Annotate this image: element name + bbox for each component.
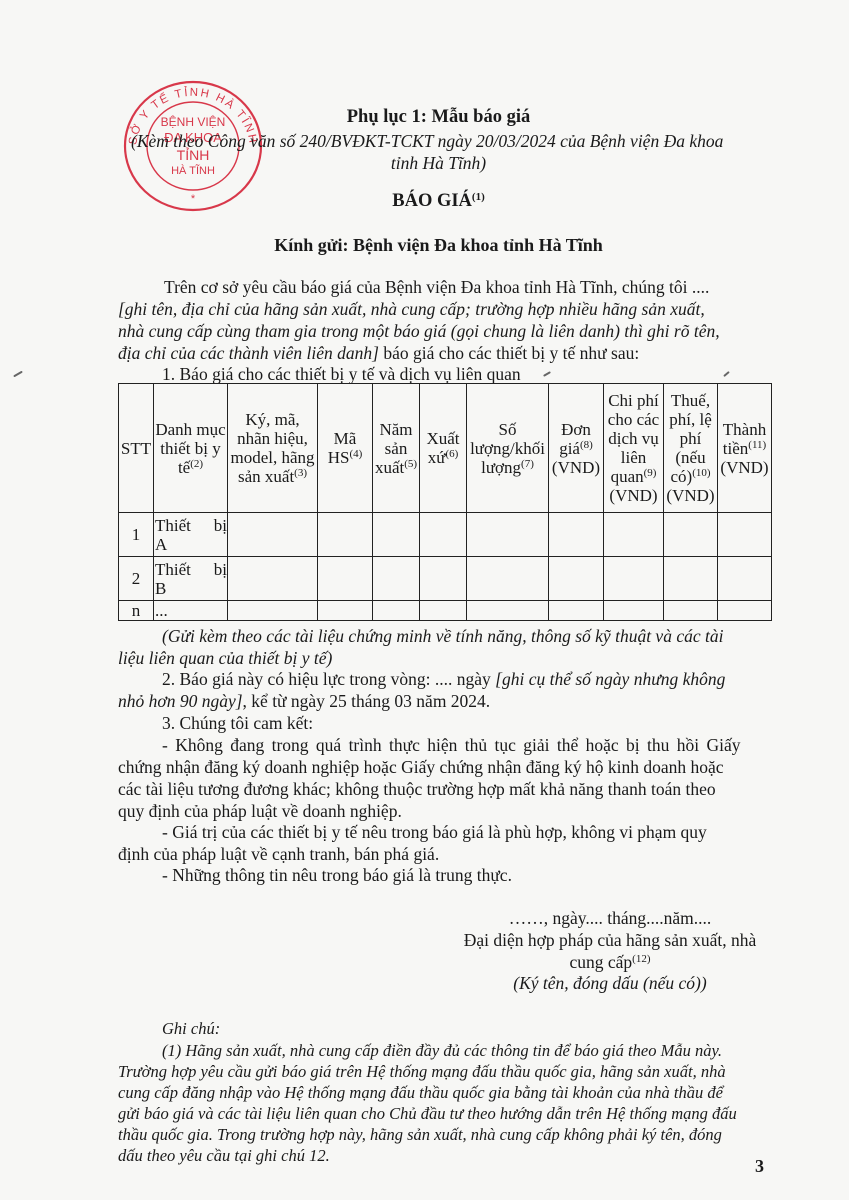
table-row: n ... — [119, 601, 772, 621]
scan-speck — [543, 371, 551, 377]
section-1-title: 1. Báo giá cho các thiết bị y tế và dịch… — [162, 363, 521, 385]
page-number: 3 — [755, 1155, 764, 1177]
intro-line-4-normal: báo giá cho các thiết bị y tế như sau: — [379, 343, 639, 363]
commitment-1-line-3: các tài liệu tương đương khác; không thu… — [118, 778, 716, 800]
signature-representative-line-1: Đại diện hợp pháp của hãng sản xuất, nhà — [430, 929, 790, 951]
intro-line-4: địa chỉ của các thành viên liên danh] bá… — [118, 342, 639, 364]
note-1-line-1: (1) Hãng sản xuất, nhà cung cấp điền đầy… — [162, 1040, 722, 1062]
intro-line-2: [ghi tên, địa chỉ của hãng sản xuất, nhà… — [118, 298, 705, 320]
intro-line-4-italic: địa chỉ của các thành viên liên danh] — [118, 343, 379, 363]
table-footnote-line-1: (Gửi kèm theo các tài liệu chứng minh về… — [162, 625, 723, 647]
scan-speck — [13, 371, 23, 378]
recipient-line: Kính gửi: Bệnh viện Đa khoa tỉnh Hà Tĩnh — [0, 234, 849, 256]
header-stt: STT — [119, 384, 154, 513]
cell-stt: n — [119, 601, 154, 621]
footnote-ref: (1) — [472, 191, 485, 203]
signature-date-line: ……, ngày.... tháng....năm.... — [430, 907, 790, 929]
note-1-line-2: Trường hợp yêu cầu gửi báo giá trên Hệ t… — [118, 1061, 726, 1083]
cell-stt: 1 — [119, 513, 154, 557]
commitment-2-line-1: - Giá trị của các thiết bị y tế nêu tron… — [162, 821, 707, 843]
table-row: 1 ThiếtbịA — [119, 513, 772, 557]
quote-table: STT Danh mục thiết bị y tế(2) Ký, mã, nh… — [118, 383, 772, 621]
cell-item: ThiếtbịB — [154, 557, 228, 601]
table-footnote-line-2: liệu liên quan của thiết bị y tế) — [118, 647, 332, 669]
header-tax: Thuế, phí, lệ phí (nếu có)(10)(VND) — [664, 384, 718, 513]
cell-item: ThiếtbịA — [154, 513, 228, 557]
header-quantity: Số lượng/khối lượng(7) — [467, 384, 549, 513]
cell-stt: 2 — [119, 557, 154, 601]
commitment-1-line-1: - Không đang trong quá trình thực hiện t… — [162, 734, 741, 756]
commitment-1-line-4: quy định của pháp luật về doanh nghiệp. — [118, 800, 402, 822]
note-1-line-3: cung cấp đăng nhập vào Hệ thống mạng đấu… — [118, 1082, 723, 1104]
header-item: Danh mục thiết bị y tế(2) — [154, 384, 228, 513]
header-unit-price: Đơn giá(8)(VND) — [549, 384, 604, 513]
intro-line-3: nhà cung cấp cùng tham gia trong một báo… — [118, 320, 720, 342]
commitment-2-line-2: định của pháp luật về cạnh tranh, bán ph… — [118, 843, 439, 865]
header-hs-code: Mã HS(4) — [318, 384, 373, 513]
appendix-title: Phụ lục 1: Mẫu báo giá — [0, 106, 849, 128]
section-3-title: 3. Chúng tôi cam kết: — [162, 712, 313, 734]
commitment-3-line-1: - Những thông tin nêu trong báo giá là t… — [162, 864, 512, 886]
header-origin: Xuất xứ(6) — [420, 384, 467, 513]
note-1-line-4: gửi báo giá và các tài liệu liên quan ch… — [118, 1103, 737, 1125]
appendix-subtitle-line-2: tỉnh Hà Tĩnh) — [0, 152, 849, 174]
commitment-1-line-2: chứng nhận đăng ký doanh nghiệp hoặc Giấ… — [118, 756, 724, 778]
note-1-line-6: dấu theo yêu cầu tại ghi chú 12. — [118, 1145, 330, 1167]
cell-item: ... — [154, 601, 228, 621]
header-total: Thành tiền(11)(VND) — [718, 384, 772, 513]
table-row: 2 ThiếtbịB — [119, 557, 772, 601]
section-2-line-1: 2. Báo giá này có hiệu lực trong vòng: .… — [162, 668, 725, 690]
signature-hint: (Ký tên, đóng dấu (nếu có)) — [430, 972, 790, 994]
document-title: BÁO GIÁ(1) — [0, 190, 849, 212]
table-header-row: STT Danh mục thiết bị y tế(2) Ký, mã, nh… — [119, 384, 772, 513]
document-title-text: BÁO GIÁ — [392, 191, 472, 211]
intro-line-1: Trên cơ sở yêu cầu báo giá của Bệnh viện… — [164, 276, 709, 298]
notes-title: Ghi chú: — [162, 1018, 220, 1040]
appendix-subtitle-line-1: (Kèm theo Công văn số 240/BVĐKT-TCKT ngà… — [131, 130, 723, 152]
header-model: Ký, mã, nhãn hiệu, model, hãng sản xuất(… — [228, 384, 318, 513]
signature-representative-line-2: cung cấp(12) — [430, 951, 790, 973]
note-1-line-5: thầu quốc gia. Trong trường hợp này, hãn… — [118, 1124, 722, 1146]
header-year: Năm sản xuất(5) — [373, 384, 420, 513]
scan-speck — [723, 371, 730, 377]
section-2-line-2: nhỏ hơn 90 ngày], kể từ ngày 25 tháng 03… — [118, 690, 490, 712]
header-service-cost: Chi phí cho các dịch vụ liên quan(9)(VND… — [604, 384, 664, 513]
